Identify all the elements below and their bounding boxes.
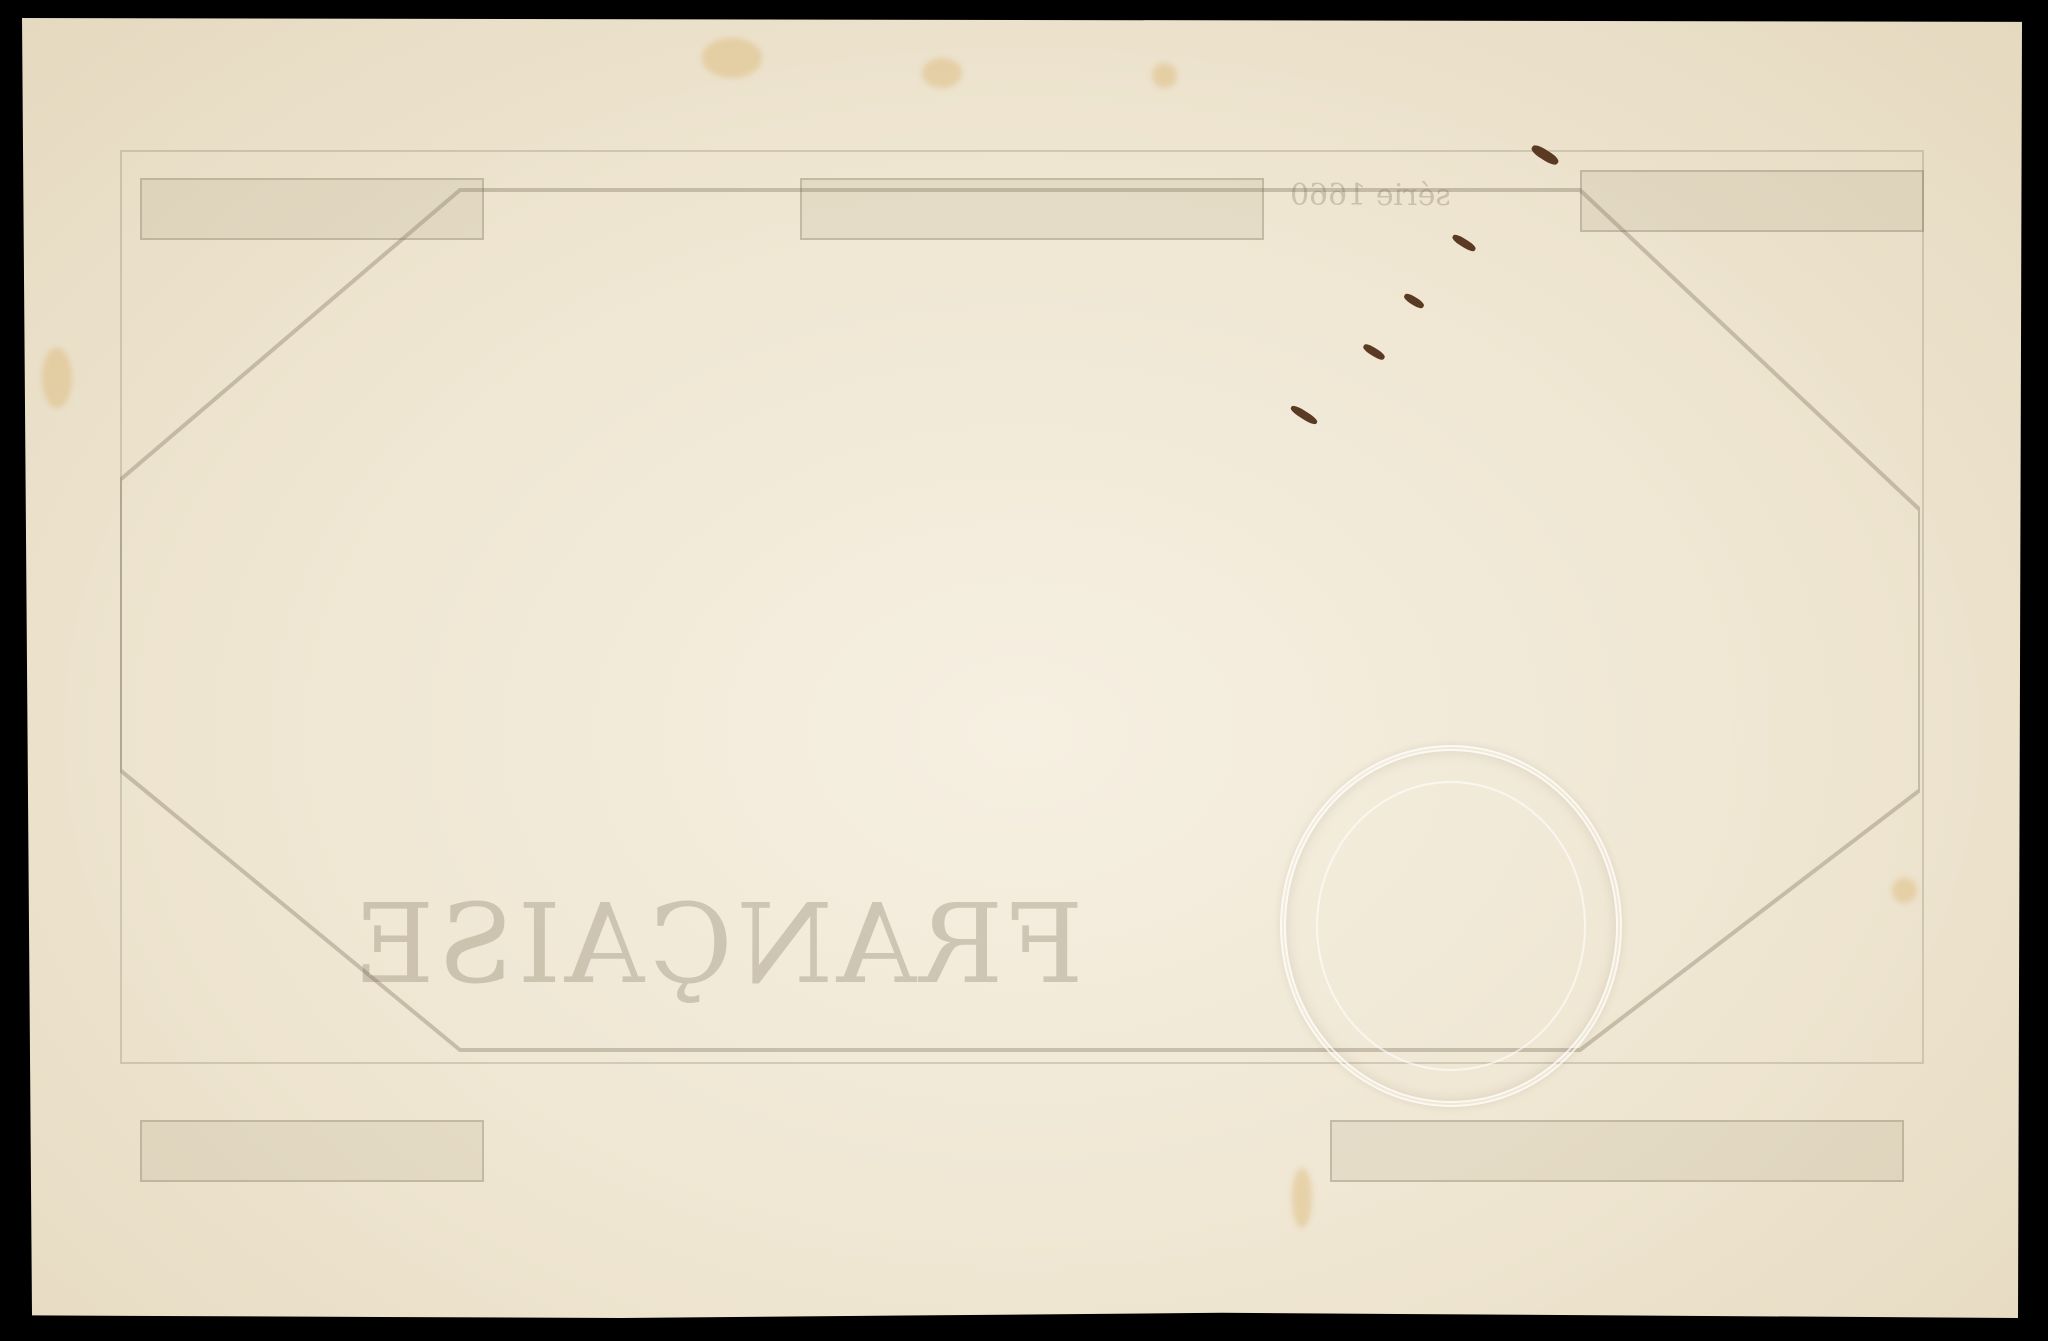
foxing-stain: [1152, 63, 1177, 88]
foxing-stain: [42, 348, 72, 408]
corner-box-bottom-left: [140, 1120, 484, 1182]
foxing-stain: [702, 38, 762, 78]
corner-box-top-right: [1580, 170, 1924, 232]
foxing-stain: [1292, 1168, 1312, 1228]
foxing-stain: [922, 58, 962, 88]
corner-box-bottom-right: [1330, 1120, 1904, 1182]
top-center-box: [800, 178, 1264, 240]
corner-box-top-left: [140, 178, 484, 240]
mirrored-word: FRANÇAISE: [350, 880, 1084, 1008]
serial-number: série 1660: [1290, 178, 1451, 213]
embossed-seal: [1280, 745, 1622, 1107]
seal-inner-ring: [1316, 781, 1586, 1071]
